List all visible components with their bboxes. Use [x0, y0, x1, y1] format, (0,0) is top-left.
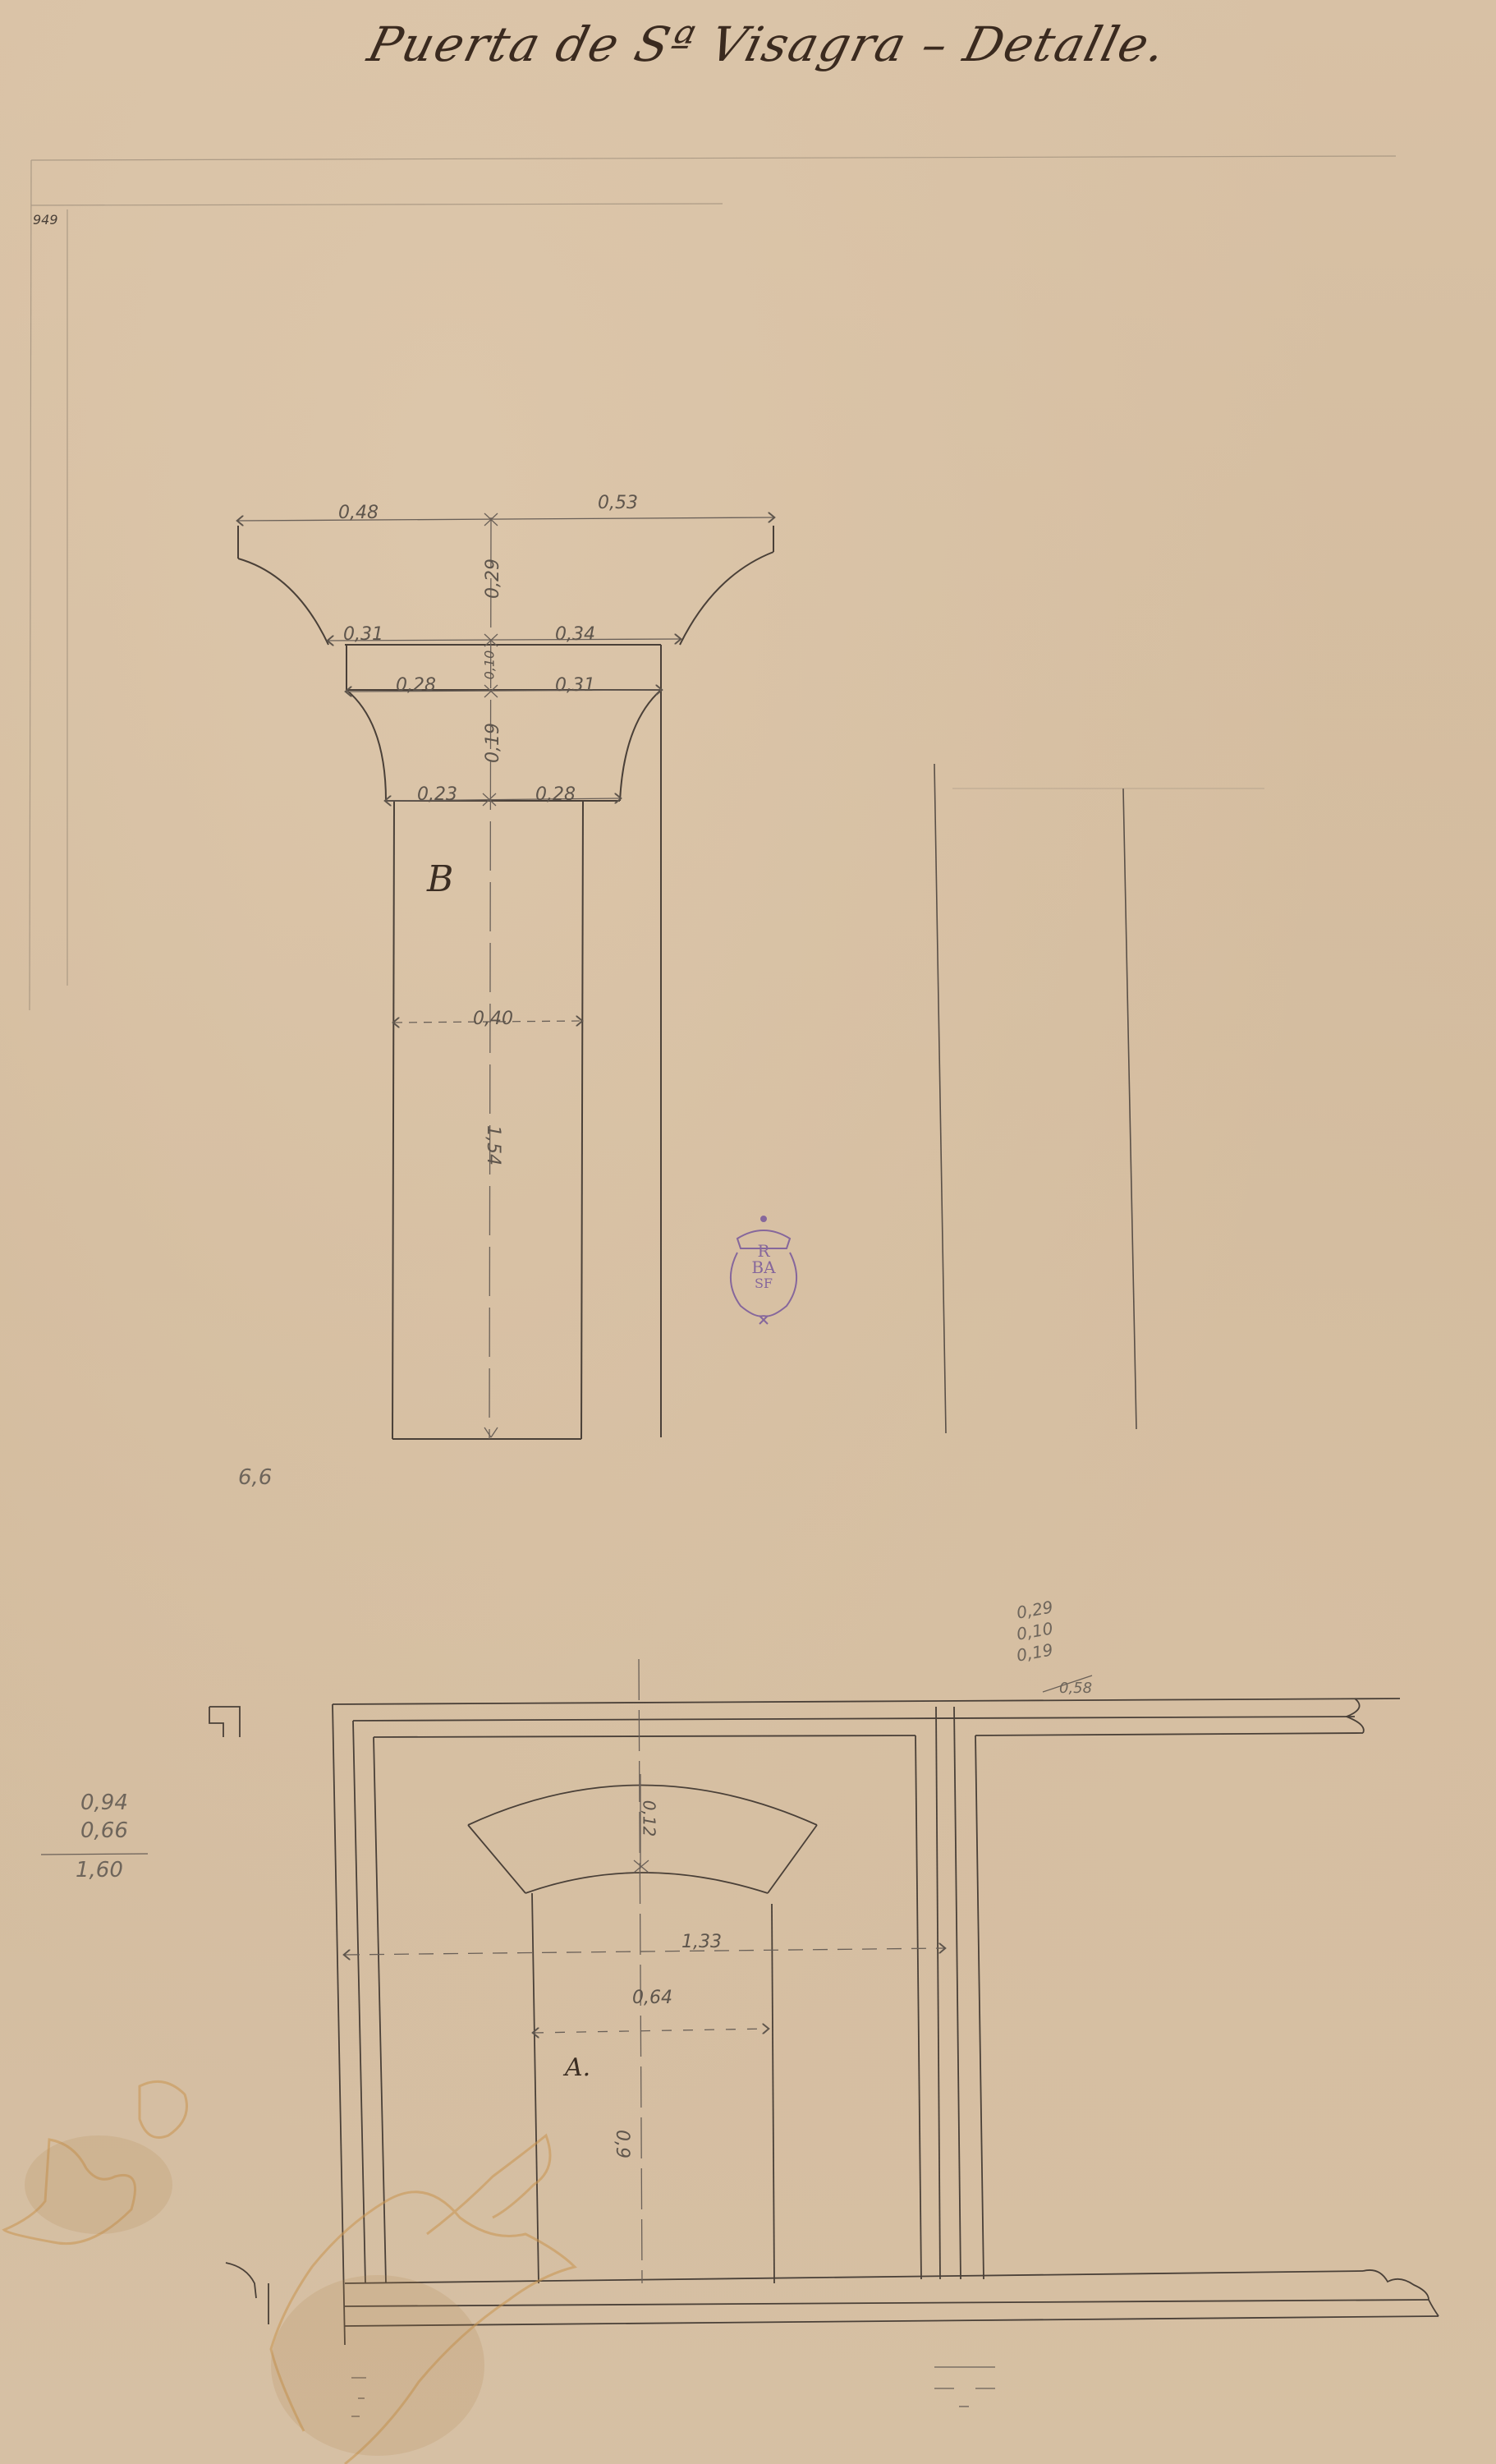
elevation-label: B	[427, 858, 453, 900]
doorway-plan	[209, 1699, 1439, 2345]
dim-upper-height: 0,29	[483, 559, 503, 599]
capital-elevation	[238, 526, 773, 1439]
sheet-title: Puerta de Sª Visagra – Detalle.	[363, 16, 1173, 72]
right-sum-total: 0,58	[1059, 1680, 1092, 1697]
dim-mid-left-width: 0,31	[343, 624, 383, 645]
left-sum-total: 1,60	[76, 1858, 123, 1882]
dim-overall-width: 1,33	[681, 1932, 722, 1952]
dim-jamb-height: 0,9	[612, 2130, 632, 2158]
drawing-sheet: Puerta de Sª Visagra – Detalle. 949 0,48…	[0, 0, 1496, 2464]
left-note: 6,6	[238, 1465, 272, 1490]
dim-arch-depth: 0,12	[639, 1800, 659, 1837]
frame-lines	[30, 156, 1396, 1010]
dim-mid-right-width: 0,34	[555, 624, 595, 645]
dim-top-right-width: 0,53	[598, 493, 638, 513]
dim-neck-right-width: 0,28	[535, 784, 576, 805]
dim-lower-height: 0,19	[483, 723, 503, 763]
dim-shaft-height: 1,54	[483, 1125, 503, 1165]
left-sum-b: 0,66	[80, 1818, 128, 1843]
stamp-line-2: BA	[723, 1259, 805, 1276]
academy-stamp: R BA SF	[723, 1211, 805, 1318]
dim-opening-width: 0,64	[632, 1988, 672, 2008]
dim-band-height: 0,10	[481, 650, 497, 680]
catalog-number: 949	[33, 212, 58, 228]
right-vertical-lines	[934, 764, 1136, 1433]
stamp-line-1: R	[723, 1243, 805, 1259]
dim-lower-right-width: 0,31	[555, 675, 595, 696]
capital-dimension-lines	[238, 513, 773, 1439]
plan-label: A.	[565, 2053, 590, 2082]
dim-top-left-width: 0,48	[338, 503, 379, 523]
dim-lower-left-width: 0,28	[396, 675, 436, 696]
dim-neck-left-width: 0,23	[417, 784, 457, 805]
dim-shaft-width: 0,40	[473, 1009, 513, 1029]
left-sum-a: 0,94	[80, 1791, 128, 1815]
stamp-line-3: SF	[723, 1276, 805, 1292]
